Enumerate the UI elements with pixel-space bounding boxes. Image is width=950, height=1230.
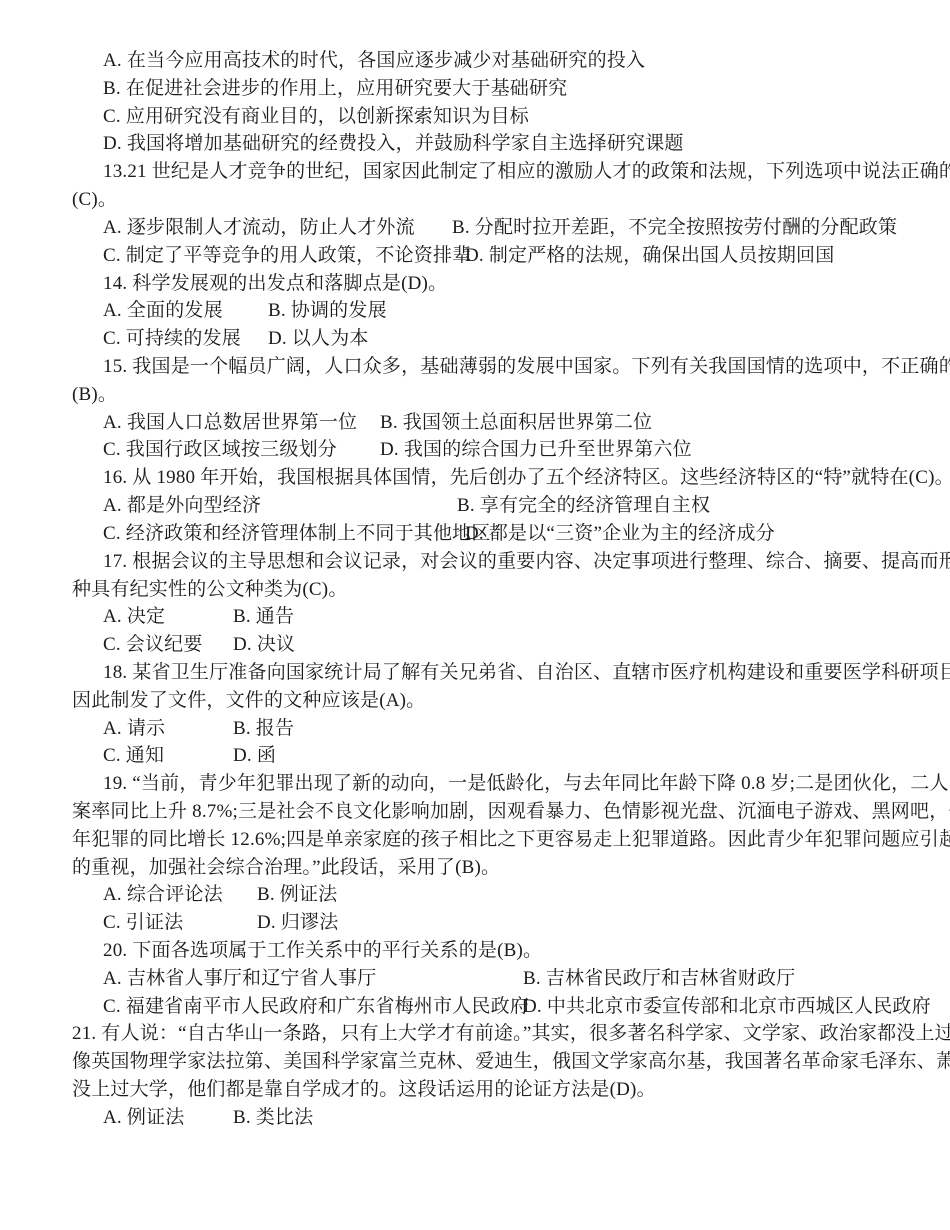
text-run: B. 我国领土总面积居世界第二位 [380, 409, 652, 437]
text-run: A. 请示 [103, 715, 165, 743]
text-line: 像英国物理学家法拉第、美国科学家富兰克林、爱迪生，俄国文学家高尔基，我国著名革命… [0, 1048, 950, 1076]
text-run: D. 中共北京市委宣传部和北京市西城区人民政府 [523, 993, 931, 1021]
text-run: C. 通知 [103, 742, 164, 770]
text-run: (B)。 [72, 381, 117, 409]
text-run: A. 决定 [103, 603, 165, 631]
text-run: B. 通告 [233, 603, 294, 631]
text-line: 18. 某省卫生厅准备向国家统计局了解有关兄弟省、自治区、直辖市医疗机构建设和重… [0, 659, 950, 687]
text-run: 像英国物理学家法拉第、美国科学家富兰克林、爱迪生，俄国文学家高尔基，我国著名革命… [72, 1048, 950, 1076]
text-run: 20. 下面各选项属于工作关系中的平行关系的是(B)。 [103, 937, 542, 965]
text-run: C. 应用研究没有商业目的，以创新探索知识为目标 [103, 103, 529, 131]
text-run: C. 福建省南平市人民政府和广东省梅州市人民政府 [103, 993, 529, 1021]
text-run: C. 会议纪要 [103, 631, 203, 659]
text-run: B. 报告 [233, 715, 294, 743]
text-run: A. 我国人口总数居世界第一位 [103, 409, 357, 437]
text-run: 15. 我国是一个幅员广阔，人口众多，基础薄弱的发展中国家。下列有关我国国情的选… [103, 353, 950, 381]
text-line: A. 综合评论法B. 例证法 [0, 881, 950, 909]
text-run: B. 享有完全的经济管理自主权 [457, 492, 710, 520]
text-line: C. 通知D. 函 [0, 742, 950, 770]
text-line: A. 吉林省人事厅和辽宁省人事厅B. 吉林省民政厅和吉林省财政厅 [0, 965, 950, 993]
text-run: C. 可持续的发展 [103, 325, 241, 353]
text-run: B. 在促进社会进步的作用上，应用研究要大于基础研究 [103, 75, 567, 103]
text-run: D. 决议 [233, 631, 295, 659]
text-run: D. 以人为本 [268, 325, 369, 353]
text-run: B. 类比法 [233, 1104, 313, 1132]
text-run: D. 归谬法 [257, 909, 338, 937]
text-line: 21. 有人说：“自古华山一条路，只有上大学才有前途。”其实，很多著名科学家、文… [0, 1020, 950, 1048]
text-line: 19. “当前，青少年犯罪出现了新的动向，一是低龄化，与去年同比年龄下降 0.8… [0, 770, 950, 798]
text-line: D. 我国将增加基础研究的经费投入，并鼓励科学家自主选择研究课题 [0, 130, 950, 158]
text-line: 14. 科学发展观的出发点和落脚点是(D)。 [0, 270, 950, 298]
text-run: B. 吉林省民政厅和吉林省财政厅 [523, 965, 795, 993]
text-run: 没上过大学，他们都是靠自学成才的。这段话运用的论证方法是(D)。 [72, 1076, 656, 1104]
text-line: 年犯罪的同比增长 12.6%;四是单亲家庭的孩子相比之下更容易走上犯罪道路。因此… [0, 826, 950, 854]
text-line: A. 例证法B. 类比法 [0, 1104, 950, 1132]
text-line: A. 全面的发展B. 协调的发展 [0, 297, 950, 325]
text-run: 18. 某省卫生厅准备向国家统计局了解有关兄弟省、自治区、直辖市医疗机构建设和重… [103, 659, 950, 687]
text-line: 案率同比上升 8.7%;三是社会不良文化影响加剧，因观看暴力、色情影视光盘、沉湎… [0, 798, 950, 826]
document-page: { "page": { "background_color": "#ffffff… [0, 0, 950, 1230]
text-line: C. 制定了平等竞争的用人政策，不论资排辈D. 制定严格的法规，确保出国人员按期… [0, 242, 950, 270]
text-line: C. 应用研究没有商业目的，以创新探索知识为目标 [0, 103, 950, 131]
text-line: A. 决定B. 通告 [0, 603, 950, 631]
exam-document: A. 在当今应用高技术的时代，各国应逐步减少对基础研究的投入B. 在促进社会进步… [0, 0, 950, 1230]
text-run: B. 协调的发展 [268, 297, 387, 325]
text-line: 13.21 世纪是人才竞争的世纪，国家因此制定了相应的激励人才的政策和法规，下列… [0, 158, 950, 186]
text-line: C. 可持续的发展D. 以人为本 [0, 325, 950, 353]
text-line: C. 会议纪要D. 决议 [0, 631, 950, 659]
text-run: D. 制定严格的法规，确保出国人员按期回国 [465, 242, 834, 270]
text-line: B. 在促进社会进步的作用上，应用研究要大于基础研究 [0, 75, 950, 103]
text-run: A. 吉林省人事厅和辽宁省人事厅 [103, 965, 376, 993]
text-line: 的重视，加强社会综合治理。”此段话，采用了(B)。 [0, 854, 950, 882]
text-line: C. 我国行政区域按三级划分D. 我国的综合国力已升至世界第六位 [0, 436, 950, 464]
text-run: 年犯罪的同比增长 12.6%;四是单亲家庭的孩子相比之下更容易走上犯罪道路。因此… [72, 826, 950, 854]
text-run: C. 引证法 [103, 909, 183, 937]
text-run: 案率同比上升 8.7%;三是社会不良文化影响加剧，因观看暴力、色情影视光盘、沉湎… [72, 798, 950, 826]
text-run: 19. “当前，青少年犯罪出现了新的动向，一是低龄化，与去年同比年龄下降 0.8… [103, 770, 950, 798]
text-line: A. 我国人口总数居世界第一位B. 我国领土总面积居世界第二位 [0, 409, 950, 437]
text-run: D. 我国将增加基础研究的经费投入，并鼓励科学家自主选择研究课题 [103, 130, 684, 158]
text-line: (C)。 [0, 186, 950, 214]
text-run: A. 在当今应用高技术的时代，各国应逐步减少对基础研究的投入 [103, 47, 645, 75]
text-line: 没上过大学，他们都是靠自学成才的。这段话运用的论证方法是(D)。 [0, 1076, 950, 1104]
text-run: A. 都是外向型经济 [103, 492, 261, 520]
text-run: A. 例证法 [103, 1104, 184, 1132]
text-run: A. 逐步限制人才流动，防止人才外流 [103, 214, 415, 242]
text-line: (B)。 [0, 381, 950, 409]
text-run: 的重视，加强社会综合治理。”此段话，采用了(B)。 [72, 854, 500, 882]
text-run: B. 例证法 [257, 881, 337, 909]
text-line: A. 请示B. 报告 [0, 715, 950, 743]
text-run: D. 我国的综合国力已升至世界第六位 [380, 436, 692, 464]
text-line: 17. 根据会议的主导思想和会议记录，对会议的重要内容、决定事项进行整理、综合、… [0, 548, 950, 576]
text-run: 13.21 世纪是人才竞争的世纪，国家因此制定了相应的激励人才的政策和法规，下列… [103, 158, 950, 186]
text-run: C. 制定了平等竞争的用人政策，不论资排辈 [103, 242, 471, 270]
text-line: A. 逐步限制人才流动，防止人才外流B. 分配时拉开差距，不完全按照按劳付酬的分… [0, 214, 950, 242]
text-line: C. 经济政策和经济管理体制上不同于其他地区D. 都是以“三资”企业为主的经济成… [0, 520, 950, 548]
text-line: 种具有纪实性的公文种类为(C)。 [0, 576, 950, 604]
text-line: 16. 从 1980 年开始，我国根据具体国情，先后创办了五个经济特区。这些经济… [0, 464, 950, 492]
text-line: C. 引证法D. 归谬法 [0, 909, 950, 937]
text-line: 15. 我国是一个幅员广阔，人口众多，基础薄弱的发展中国家。下列有关我国国情的选… [0, 353, 950, 381]
text-line: A. 在当今应用高技术的时代，各国应逐步减少对基础研究的投入 [0, 47, 950, 75]
text-line: C. 福建省南平市人民政府和广东省梅州市人民政府D. 中共北京市委宣传部和北京市… [0, 993, 950, 1021]
text-run: 17. 根据会议的主导思想和会议记录，对会议的重要内容、决定事项进行整理、综合、… [103, 548, 950, 576]
text-run: 种具有纪实性的公文种类为(C)。 [72, 576, 348, 604]
text-run: A. 全面的发展 [103, 297, 223, 325]
text-run: B. 分配时拉开差距，不完全按照按劳付酬的分配政策 [452, 214, 897, 242]
text-run: A. 综合评论法 [103, 881, 223, 909]
text-run: 21. 有人说：“自古华山一条路，只有上大学才有前途。”其实，很多著名科学家、文… [72, 1020, 950, 1048]
text-run: (C)。 [72, 186, 117, 214]
text-line: A. 都是外向型经济B. 享有完全的经济管理自主权 [0, 492, 950, 520]
text-line: 20. 下面各选项属于工作关系中的平行关系的是(B)。 [0, 937, 950, 965]
text-run: C. 我国行政区域按三级划分 [103, 436, 337, 464]
text-run: 14. 科学发展观的出发点和落脚点是(D)。 [103, 270, 447, 298]
text-run: 因此制发了文件，文件的文种应该是(A)。 [72, 687, 425, 715]
text-line: 因此制发了文件，文件的文种应该是(A)。 [0, 687, 950, 715]
text-run: D. 函 [233, 742, 276, 770]
text-run: D. 都是以“三资”企业为主的经济成分 [465, 520, 775, 548]
text-run: 16. 从 1980 年开始，我国根据具体国情，先后创办了五个经济特区。这些经济… [103, 464, 950, 492]
text-run: C. 经济政策和经济管理体制上不同于其他地区 [103, 520, 491, 548]
